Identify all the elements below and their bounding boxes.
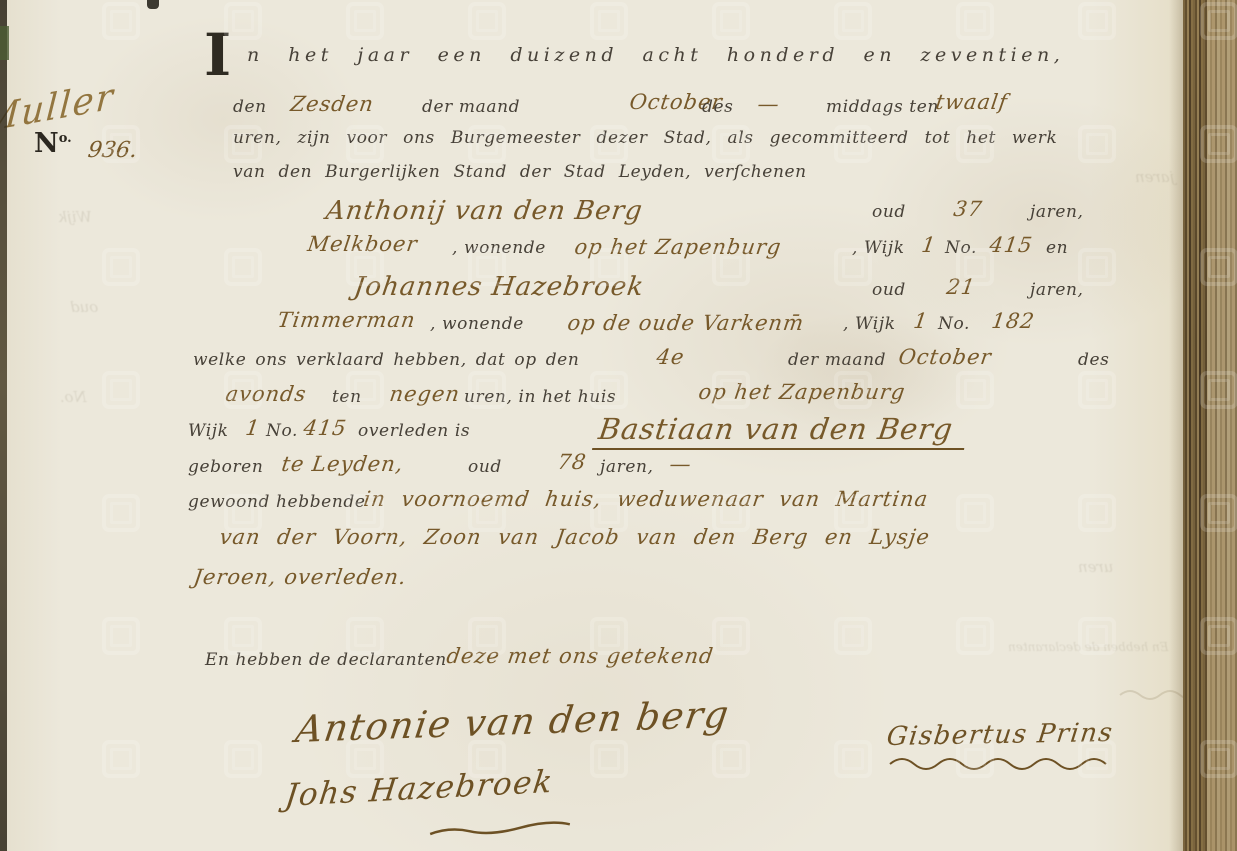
printed-overleden-is: overleden is <box>358 421 470 441</box>
printed-middags-ten: middags ten <box>826 97 939 117</box>
watermark-frame-icon <box>1078 125 1116 163</box>
watermark-frame-icon <box>102 617 140 655</box>
printed-uren-huis: uren, in het huis <box>464 387 616 407</box>
hw-dash: — <box>756 92 781 116</box>
watermark-frame-icon <box>102 248 140 286</box>
watermark-frame-icon <box>1078 494 1116 532</box>
hw-closing: deze met ons getekend <box>445 644 715 668</box>
hw-wijk-3: 1 <box>244 416 262 440</box>
printed-der-maand-2: der maand <box>788 350 886 370</box>
watermark-frame-icon <box>956 371 994 409</box>
record-number-value: 936. <box>86 138 138 163</box>
printed-declaration: welke ons verklaard hebben, dat op den <box>193 350 579 370</box>
printed-en: en <box>1046 238 1068 258</box>
watermark-frame-icon <box>1078 2 1116 40</box>
watermark-frame-icon <box>712 2 750 40</box>
paper-speck <box>147 0 159 9</box>
hw-day-of-act: Zesden <box>289 92 376 116</box>
printed-wonende-1: , wonende <box>452 238 546 258</box>
watermark-frame-icon <box>956 494 994 532</box>
death-certificate-scan: Muller No. 936. I n het jaar een duizend… <box>0 0 1237 851</box>
watermark-frame-icon <box>712 617 750 655</box>
printed-wonende-2: , wonende <box>430 314 524 334</box>
watermark-frame-icon <box>468 2 506 40</box>
hw-daypart: avonds <box>224 382 308 406</box>
line4-printed: van den Burgerlijken Stand der Stad Leyd… <box>233 162 807 182</box>
watermark-frame-icon <box>590 740 628 778</box>
watermark-frame-icon <box>224 740 262 778</box>
book-page-stack-right-edge <box>1183 0 1237 851</box>
hw-declarant1-address: op het Zapenburg <box>573 235 783 259</box>
ghost-fragment: En hebben de declaranten <box>1008 640 1169 654</box>
hw-houseno-3: 415 <box>302 416 348 440</box>
watermark-frame-icon <box>102 740 140 778</box>
printed-wijk-label-1: , Wijk <box>852 238 905 258</box>
hw-residence-2: van der Voorn, Zoon van Jacob van den Be… <box>218 525 932 549</box>
hw-death-month: October <box>897 345 993 369</box>
page-stack-tone-overlay <box>1183 0 1237 851</box>
hw-declarant2-age: 21 <box>945 275 977 299</box>
hw-declarant1-name: Anthonij van den Berg <box>324 196 645 226</box>
watermark-frame-icon <box>346 2 384 40</box>
hw-declarant2-address: op de oude Varkenm̄ <box>566 311 806 335</box>
hw-death-day: 4e <box>655 345 686 369</box>
hw-dash-2: — <box>668 452 693 476</box>
hw-death-hour: negen <box>388 382 462 406</box>
hw-deceased-age: 78 <box>556 450 588 474</box>
watermark-frame-icon <box>956 617 994 655</box>
hw-deceased-name: Bastiaan van den Berg <box>592 412 969 450</box>
printed-gewoond: gewoond hebbende <box>188 492 366 512</box>
watermark-frame-icon <box>224 248 262 286</box>
ghost-fragment: uren <box>1078 558 1113 576</box>
hw-residence-1: in voornoemd huis, weduwenaar van Martin… <box>362 487 930 511</box>
page-edge-shadow <box>1169 0 1183 851</box>
watermark-frame-icon <box>590 2 628 40</box>
printed-wijk-label-3: Wijk <box>188 421 229 441</box>
declarant2-signature-flourish <box>428 819 578 839</box>
printed-oud-3: oud <box>468 457 502 477</box>
record-number-label: No. <box>34 128 72 159</box>
watermark-frame-icon <box>956 2 994 40</box>
watermark-frame-icon <box>834 2 872 40</box>
hw-wijk-1: 1 <box>920 233 938 257</box>
watermark-frame-icon <box>712 740 750 778</box>
hw-houseno-1: 415 <box>988 233 1034 257</box>
printed-jaren-2: jaren, <box>1030 280 1084 300</box>
printed-ten: ten <box>332 387 362 407</box>
ghost-fragment: No. <box>60 388 87 406</box>
printed-closing: En hebben de declaranten <box>205 650 447 670</box>
printed-jaren-1: jaren, <box>1030 202 1084 222</box>
printed-geboren: geboren <box>188 457 263 477</box>
printed-no-label-1: No. <box>945 238 977 258</box>
printed-der-maand: der maand <box>422 97 520 117</box>
official-signature-flourish <box>888 756 1138 772</box>
watermark-frame-icon <box>102 494 140 532</box>
hw-death-place: op het Zapenburg <box>697 380 907 404</box>
ghost-fragment: Wijk <box>58 208 92 226</box>
hw-residence-3: Jeroen, overleden. <box>192 565 408 589</box>
line1-printed: n het jaar een duizend acht honderd en z… <box>247 44 1064 66</box>
printed-jaren-3: jaren, <box>600 457 654 477</box>
watermark-frame-icon <box>1078 371 1116 409</box>
signature-official: Gisbertus Prins <box>885 718 1115 752</box>
printed-des: des <box>702 97 733 117</box>
ghost-fragment: oud <box>70 298 98 316</box>
printed-wijk-label-2: , Wijk <box>843 314 896 334</box>
printed-no-label-2: No. <box>938 314 970 334</box>
watermark-frame-icon <box>834 617 872 655</box>
hw-birthplace: te Leyden, <box>280 452 405 476</box>
hw-declarant1-occupation: Melkboer <box>306 232 419 256</box>
signature-declarant2: Johs Hazebroek <box>283 764 556 814</box>
hw-declarant1-age: 37 <box>952 197 984 221</box>
hw-declarant2-occupation: Timmerman <box>276 308 417 332</box>
hw-wijk-2: 1 <box>912 309 930 333</box>
printed-oud-1: oud <box>872 202 906 222</box>
printed-no-label-3: No. <box>266 421 298 441</box>
hw-hour-of-act: twaalf <box>934 90 1009 114</box>
printed-des-2: des <box>1078 350 1109 370</box>
binding-green-patch <box>0 26 9 60</box>
line3-printed: uren, zijn voor ons Burgemeester dezer S… <box>233 128 1057 148</box>
printed-den: den <box>233 97 267 117</box>
watermark-frame-icon <box>102 2 140 40</box>
signature-declarant1: Antonie van den berg <box>293 693 733 751</box>
printed-oud-2: oud <box>872 280 906 300</box>
drop-cap: I <box>204 26 231 84</box>
watermark-frame-icon <box>102 371 140 409</box>
hw-houseno-2: 182 <box>990 309 1036 333</box>
hw-declarant2-name: Johannes Hazebroek <box>352 272 646 302</box>
watermark-frame-icon <box>834 740 872 778</box>
book-binding-left-edge <box>0 0 7 851</box>
